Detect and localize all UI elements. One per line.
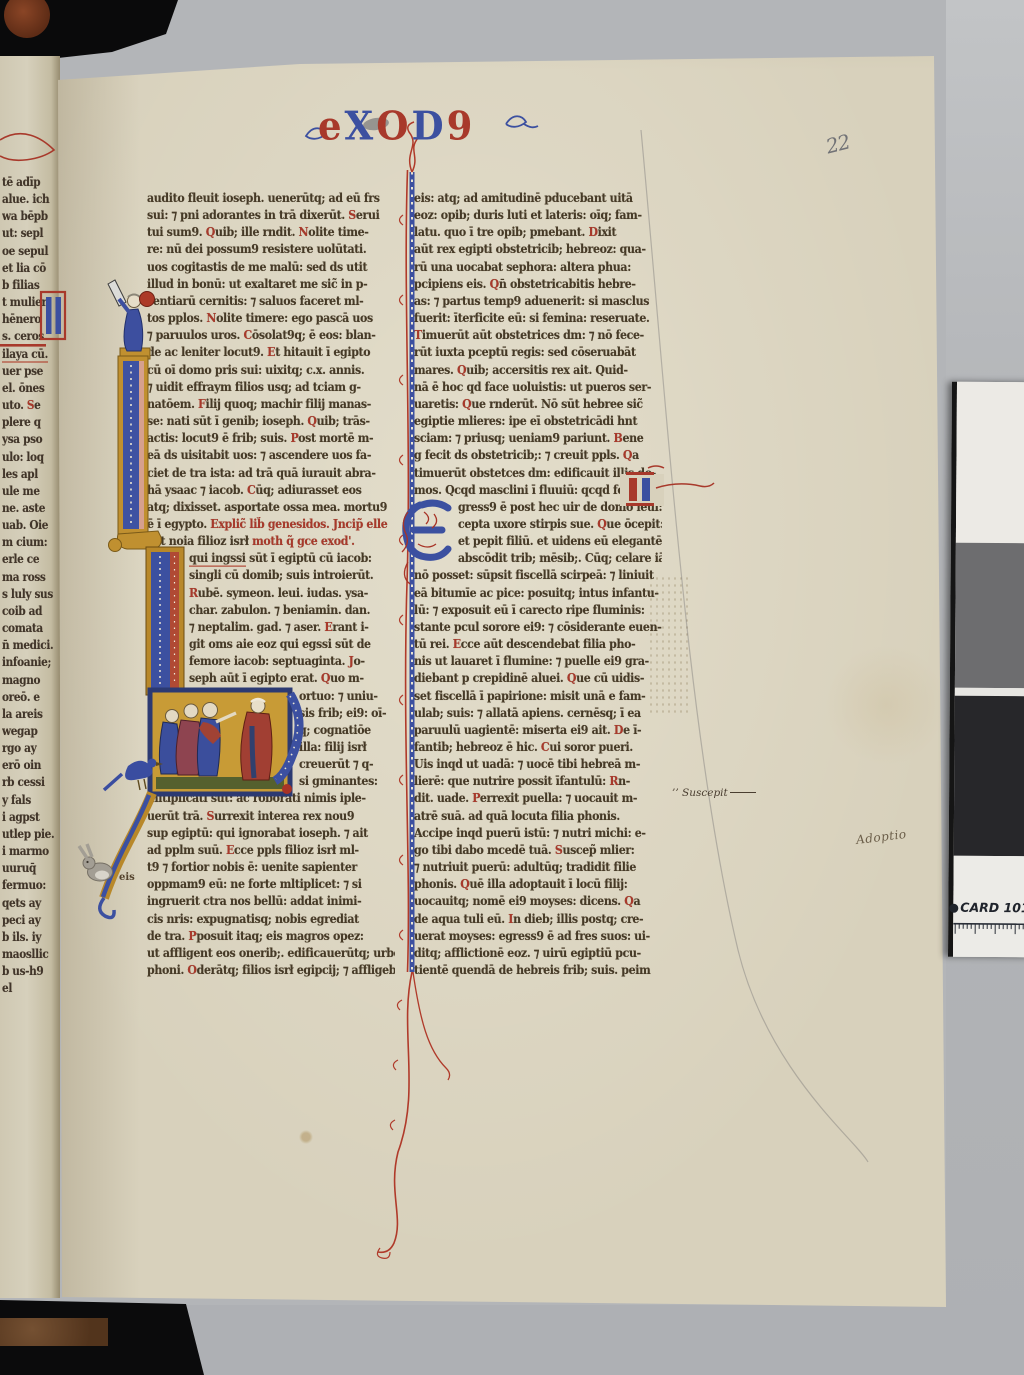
text-line: ciet de tra ista: ad trā quā iurauit abr… <box>147 466 395 485</box>
text-line: aūt rex egipti obstetricib; hebreoz: qua… <box>414 242 662 261</box>
text-line: ysa pso <box>2 433 54 452</box>
text-line: rb cessi <box>2 776 54 795</box>
text-line: atrē suā. ad quā locuta filia phonis. <box>414 809 662 828</box>
text-line: dit. uade. Perrexit puella: ⁊ uocauit m- <box>414 791 662 810</box>
text-line: uocauitq; nomē ei9 moyses: dicens. Qa <box>414 894 662 913</box>
color-calibration-card: CARD 101 <box>948 382 1024 958</box>
text-line: uerūt trā. Surrexit interea rex nou9 <box>147 809 395 828</box>
text-line: oe sepul <box>2 245 54 264</box>
card-label: CARD 101 <box>953 900 1024 916</box>
text-line: ortuo: ⁊ uniu- <box>147 689 395 708</box>
text-line: Rubē. symeon. leui. iudas. ysa- <box>147 586 395 605</box>
text-line: set fiscellā ī papirione: misit unā e fa… <box>414 689 662 708</box>
running-title-letter: e <box>318 103 345 149</box>
text-line: fermuo: <box>2 879 54 898</box>
text-line: mltiplicati sūt: ac roborati nimis iple- <box>147 791 395 810</box>
card-label-area: CARD 101 <box>953 856 1024 958</box>
text-line: infoanie; <box>2 656 54 675</box>
running-title-exodus: eXOD9 <box>318 104 518 148</box>
text-line: ulo: loq <box>2 451 54 470</box>
text-line: g fecit ds obstetricib;: ⁊ creuit ppls. … <box>414 448 662 467</box>
running-title-letter: D <box>412 103 447 149</box>
marginal-gloss-suscepit: ’’ Suscepit <box>672 787 756 799</box>
gloss-dash <box>730 792 756 793</box>
running-title-letter: O <box>376 103 411 149</box>
card-logo-dot <box>949 904 958 913</box>
card-ruler <box>953 921 1024 944</box>
running-title-letter: X <box>345 103 377 149</box>
text-line: eā ds uisitabit uos: ⁊ ascendere uos fa- <box>147 448 395 467</box>
marginal-gloss-eis: eis <box>119 872 135 883</box>
text-line: phoni. Oderātq; filios isrł egipcij; ⁊ a… <box>147 963 395 982</box>
text-line: rū una uocabat sephora: altera phua: <box>414 260 662 279</box>
text-line: ut: sepl <box>2 227 54 246</box>
text-line: y fals <box>2 794 54 813</box>
facing-page-text-fragments: tē adīpalue. ichwa bēpbut: seploe sepule… <box>2 176 54 1000</box>
text-line: mos. Qcqd masclini ī fluuiū: qcqd feiae … <box>414 483 662 502</box>
text-line: ingruerit ctra nos bellū: addat inimi- <box>147 894 395 913</box>
text-line: de ac leniter locut9. Et hitauit ī egipt… <box>147 345 395 364</box>
running-title-letter: 9 <box>447 103 476 149</box>
text-line: re: nū dei possum9 resistere uolūtati. <box>147 242 395 261</box>
text-line: rūt iuxta pceptū regis: sed cōseruabāt <box>414 345 662 364</box>
text-line: ilaya cū. <box>2 348 54 367</box>
text-line: erle ce <box>2 553 54 572</box>
text-line: tientē quendā de hebreis frib; suis. pei… <box>414 963 662 982</box>
text-line: nō posset: sūpsit fiscellā scirpeā: ⁊ li… <box>414 568 662 587</box>
text-line: s. ceros <box>2 330 54 349</box>
card-white-patch <box>956 382 1024 544</box>
text-line: qets ay <box>2 897 54 916</box>
text-line: el <box>2 982 54 1001</box>
text-line: les apl <box>2 468 54 487</box>
text-line: magno <box>2 674 54 693</box>
card-gray-patch <box>955 543 1024 689</box>
text-line: timuerūt obstetces dm: edificauit illis … <box>414 466 662 485</box>
insertion-marks: ’’ <box>672 787 682 799</box>
text-line: mares. Quib; accersitis rex ait. Quid- <box>414 363 662 382</box>
text-line: singli cū domib; suis introierūt. <box>147 568 395 587</box>
text-line: eā bitumīe ac pice: posuitq; intus infan… <box>414 586 662 605</box>
text-line: hā ysaac ⁊ iacob. Cūq; adiurasset eos <box>147 483 395 502</box>
text-line: de aqua tuli eū. In dieb; illis postq; c… <box>414 912 662 931</box>
text-line: uos cogitastis de me malū: sed ds utit <box>147 260 395 279</box>
text-line: cis nris: expugnatisq; nobis egrediat <box>147 912 395 931</box>
manuscript-photo: tē adīpalue. ichwa bēpbut: seploe sepule… <box>0 0 1024 1375</box>
text-line: cū oī domo pris sui: uixitq; c.x. annis. <box>147 363 395 382</box>
text-line: diebant p crepidinē aluei. Que cū uidis- <box>414 671 662 690</box>
spine-tailband <box>0 1318 108 1346</box>
card-black-patch <box>954 696 1024 857</box>
text-column-right: eis: atq; ad amitudinē pducebant uitāeoz… <box>414 191 662 980</box>
text-column-left: audito fleuit ioseph. uenerūtq; ad eū fr… <box>147 191 395 980</box>
text-line: ma ross <box>2 571 54 590</box>
text-line: seph aūt ī egipto erat. Quo m- <box>147 671 395 690</box>
